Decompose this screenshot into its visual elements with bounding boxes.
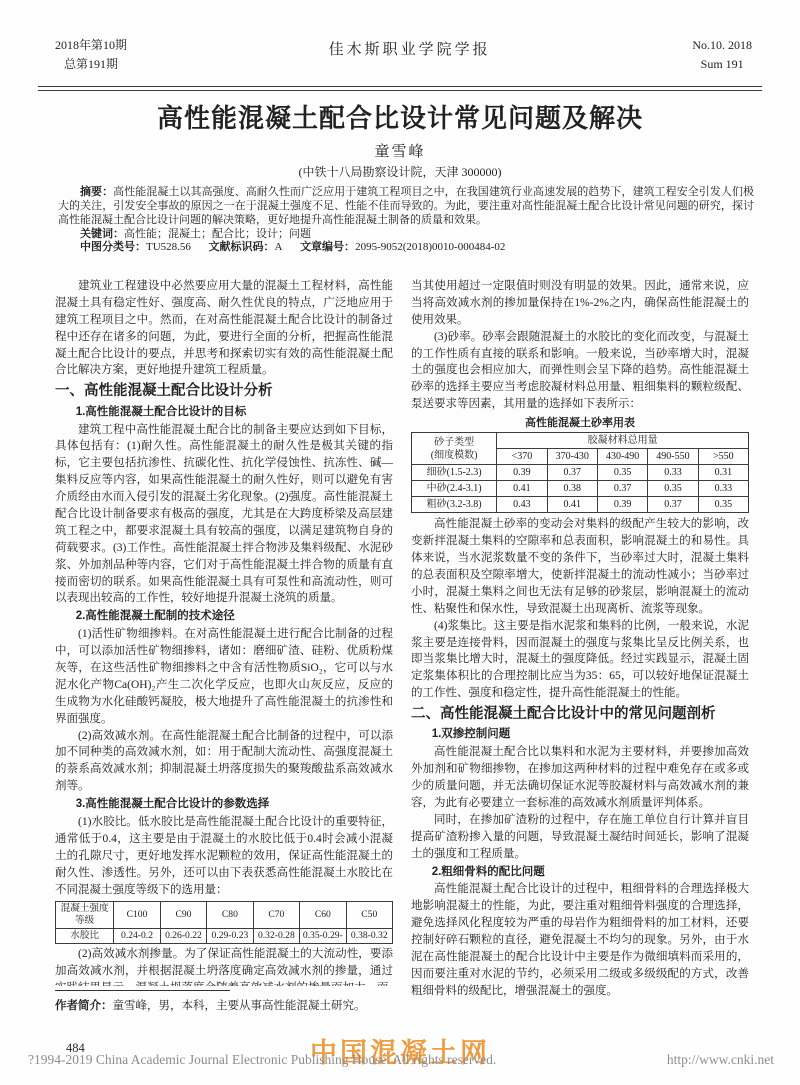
table-cell: 0.31 <box>698 465 748 481</box>
issue-no-en: No.10. 2018 <box>692 36 752 55</box>
issue-year: 2018年第10期 <box>55 36 127 55</box>
section-heading-2: 二、高性能混凝土配合比设计中的常见问题剖析 <box>411 704 749 725</box>
paragraph: (4)浆集比。这主要是指水泥浆和集料的比例，一般来说，水泥浆主要是连接骨料，因而… <box>411 618 749 702</box>
table-cell: 0.24-0.2 <box>114 929 160 944</box>
paragraph: (2)高效减水剂。在高性能混凝土配合比制备的过程中，可以添加不同种类的高效减水剂… <box>55 728 393 796</box>
table-cell: 0.35 <box>698 497 748 513</box>
table-cell: 0.38 <box>547 481 597 497</box>
table-header-cell: C50 <box>346 902 392 929</box>
table-row-label: 水胶比 <box>56 929 114 944</box>
left-column: 建筑业工程建设中必然要应用大量的混凝土工程材料，高性能混凝土具有稳定性好、强度高… <box>55 278 393 1043</box>
table-header-cell: C100 <box>114 902 160 929</box>
table-cell: 0.35 <box>648 481 698 497</box>
table-header-cell: <370 <box>497 449 547 465</box>
keywords-label: 关键词： <box>80 228 124 240</box>
doc-code-value: A <box>275 241 283 253</box>
table-header-cell: 370-430 <box>547 449 597 465</box>
footnote-text: 童雪峰，男，本科，主要从事高性能混凝土研究。 <box>113 1000 366 1012</box>
body-columns: 建筑业工程建设中必然要应用大量的混凝土工程材料，高性能混凝土具有稳定性好、强度高… <box>55 278 749 1043</box>
table-row: 砂子类型(细度模数) 胶凝材料总用量 <box>412 433 749 449</box>
footnote-label: 作者简介： <box>55 1000 113 1012</box>
issue-info-right: No.10. 2018 Sum 191 <box>692 36 752 73</box>
table-cell: 0.41 <box>547 497 597 513</box>
clc-label: 中图分类号： <box>80 241 146 253</box>
paragraph: 建筑工程中高性能混凝土配合比的制备主要应达到如下目标，具体包括有：(1)耐久性。… <box>55 422 393 608</box>
table-row: 水胶比 0.24-0.2 0.26-0.22 0.29-0.23 0.32-0.… <box>56 929 393 944</box>
paragraph: 高性能混凝土配合比设计的过程中，粗细骨料的合理选择极大地影响混凝土的性能，为此，… <box>411 881 749 999</box>
table-cell: 0.33 <box>648 465 698 481</box>
table-cell: 0.37 <box>597 481 647 497</box>
table-header-cell: 混凝土强度等级 <box>56 902 114 929</box>
paragraph: 高性能混凝土配合比以集料和水泥为主要材料，并要掺加高效外加剂和矿物细掺物，在掺加… <box>411 744 749 812</box>
table-cell: 0.35 <box>597 465 647 481</box>
table-row: 粗砂(3.2-3.8) 0.43 0.41 0.39 0.37 0.35 <box>412 497 749 513</box>
subsection-heading: 1.高性能混凝土配合比设计的目标 <box>55 404 393 421</box>
table-header-cell: >550 <box>698 449 748 465</box>
cnki-url: http://www.cnki.net <box>667 1052 774 1068</box>
table-cell: 0.35-0.29- <box>300 929 346 944</box>
table-cell: 0.39 <box>597 497 647 513</box>
subsection-heading: 1.双掺控制问题 <box>411 726 749 743</box>
paragraph: 当其使用超过一定限值时则没有明显的效果。因此，通常来说，应当将高效减水剂的掺加量… <box>411 278 749 329</box>
journal-name: 佳木斯职业学院学报 <box>329 38 491 59</box>
table-header-cell: C70 <box>253 902 299 929</box>
table-cell: 0.33 <box>698 481 748 497</box>
clc-segment: 中图分类号：TU528.56 <box>80 241 191 253</box>
author-footnote: 作者简介：童雪峰，男，本科，主要从事高性能混凝土研究。 <box>55 986 400 1013</box>
abstract-label: 摘要： <box>80 186 113 198</box>
copyright-line: ?1994-2019 China Academic Journal Electr… <box>28 1052 774 1068</box>
keywords-text: 高性能；混凝土；配合比；设计；问题 <box>124 228 311 240</box>
table-row: 细砂(1.5-2.3) 0.39 0.37 0.35 0.33 0.31 <box>412 465 749 481</box>
clc-value: TU528.56 <box>146 241 191 253</box>
paragraph: 建筑业工程建设中必然要应用大量的混凝土工程材料，高性能混凝土具有稳定性好、强度高… <box>55 278 393 379</box>
table-header-cell: 430-490 <box>597 449 647 465</box>
paragraph: (3)砂率。砂率会跟随混凝土的水胶比的变化而改变，与混凝土的工作性质有直接的联系… <box>411 329 749 413</box>
right-column: 当其使用超过一定限值时则没有明显的效果。因此，通常来说，应当将高效减水剂的掺加量… <box>411 278 749 1043</box>
issue-sum-en: Sum 191 <box>692 55 752 74</box>
abstract-block: 摘要：高性能混凝土以其高强度、高耐久性而广泛应用于建筑工程项目之中，在我国建筑行… <box>58 186 754 255</box>
journal-page: 2018年第10期 总第191期 佳木斯职业学院学报 No.10. 2018 S… <box>0 0 800 1085</box>
subsection-heading: 2.粗细骨料的配比问题 <box>411 864 749 881</box>
table-row: 中砂(2.4-3.1) 0.41 0.38 0.37 0.35 0.33 <box>412 481 749 497</box>
keywords-line: 关键词：高性能；混凝土；配合比；设计；问题 <box>58 228 754 242</box>
footnote-text-line: 作者简介：童雪峰，男，本科，主要从事高性能混凝土研究。 <box>55 997 400 1013</box>
article-id-value: 2095-9052(2018)0010-000484-02 <box>355 241 505 253</box>
article-id-label: 文章编号： <box>300 241 355 253</box>
table-row-label: 细砂(1.5-2.3) <box>412 465 497 481</box>
table-header-cell: C80 <box>207 902 253 929</box>
article-affiliation: (中铁十八局勘察设计院，天津 300000) <box>0 163 800 180</box>
sand-ratio-table: 砂子类型(细度模数) 胶凝材料总用量 <370 370-430 430-490 … <box>411 432 749 513</box>
table-cell: 0.38-0.32 <box>346 929 392 944</box>
issue-info-left: 2018年第10期 总第191期 <box>55 36 127 73</box>
table-header-cell: 砂子类型(细度模数) <box>412 433 497 465</box>
copyright-text: ?1994-2019 China Academic Journal Electr… <box>28 1052 496 1068</box>
journal-header: 2018年第10期 总第191期 佳木斯职业学院学报 No.10. 2018 S… <box>55 36 752 73</box>
sand-type-label-line2: (细度模数) <box>431 450 478 461</box>
table-header-cell: C60 <box>300 902 346 929</box>
water-binder-ratio-table: 混凝土强度等级 C100 C90 C80 C70 C60 C50 水胶比 0.2… <box>55 901 393 944</box>
article-title: 高性能混凝土配合比设计常见问题及解决 <box>0 98 800 135</box>
footnote-rule <box>55 990 230 991</box>
abstract-text: 高性能混凝土以其高强度、高耐久性而广泛应用于建筑工程项目之中，在我国建筑行业高速… <box>58 186 754 226</box>
paragraph: 同时，在掺加矿渣粉的过程中，存在施工单位自行计算并盲目提高矿渣粉掺入量的问题，导… <box>411 812 749 863</box>
article-id-segment: 文章编号：2095-9052(2018)0010-000484-02 <box>300 241 505 253</box>
header-double-rule <box>38 86 762 91</box>
table-row-label: 粗砂(3.2-3.8) <box>412 497 497 513</box>
subsection-heading: 3.高性能混凝土配合比设计的参数选择 <box>55 796 393 813</box>
subsection-heading: 2.高性能混凝土配制的技术途径 <box>55 608 393 625</box>
sand-type-label-line1: 砂子类型 <box>434 437 474 448</box>
table-cell: 0.29-0.23 <box>207 929 253 944</box>
issue-total: 总第191期 <box>55 55 127 74</box>
table-cell: 0.26-0.22 <box>160 929 206 944</box>
table-row-label: 中砂(2.4-3.1) <box>412 481 497 497</box>
table-cell: 0.41 <box>497 481 547 497</box>
table-title: 高性能混凝土砂率用表 <box>411 415 749 431</box>
table-cell: 0.37 <box>648 497 698 513</box>
paragraph: 高性能混凝土砂率的变动会对集料的级配产生较大的影响，改变新拌混凝土集料的空隙率和… <box>411 516 749 617</box>
table-cell: 0.43 <box>497 497 547 513</box>
table-cell: 0.39 <box>497 465 547 481</box>
table-header-cell: C90 <box>160 902 206 929</box>
page-footer: 中国混凝土网 484 ?1994-2019 China Academic Jou… <box>0 1025 800 1085</box>
doc-code-label: 文献标识码： <box>209 241 275 253</box>
section-heading-1: 一、高性能混凝土配合比设计分析 <box>55 381 393 402</box>
table-cell: 0.37 <box>547 465 597 481</box>
table-row: 混凝土强度等级 C100 C90 C80 C70 C60 C50 <box>56 902 393 929</box>
table-header-cell: 490-550 <box>648 449 698 465</box>
paragraph: (1)活性矿物细掺料。在对高性能混凝土进行配合比制备的过程中，可以添加活性矿物细… <box>55 626 393 727</box>
paragraph: (1)水胶比。低水胶比是高性能混凝土配合比设计的重要特征，通常低于0.4，这主要… <box>55 814 393 898</box>
abstract-paragraph: 摘要：高性能混凝土以其高强度、高耐久性而广泛应用于建筑工程项目之中，在我国建筑行… <box>58 186 754 228</box>
doc-code-segment: 文献标识码：A <box>209 241 283 253</box>
table-group-header: 胶凝材料总用量 <box>497 433 749 449</box>
classification-line: 中图分类号：TU528.56文献标识码：A文章编号：2095-9052(2018… <box>58 241 754 255</box>
article-author: 童雪峰 <box>0 140 800 161</box>
table-cell: 0.32-0.28 <box>253 929 299 944</box>
